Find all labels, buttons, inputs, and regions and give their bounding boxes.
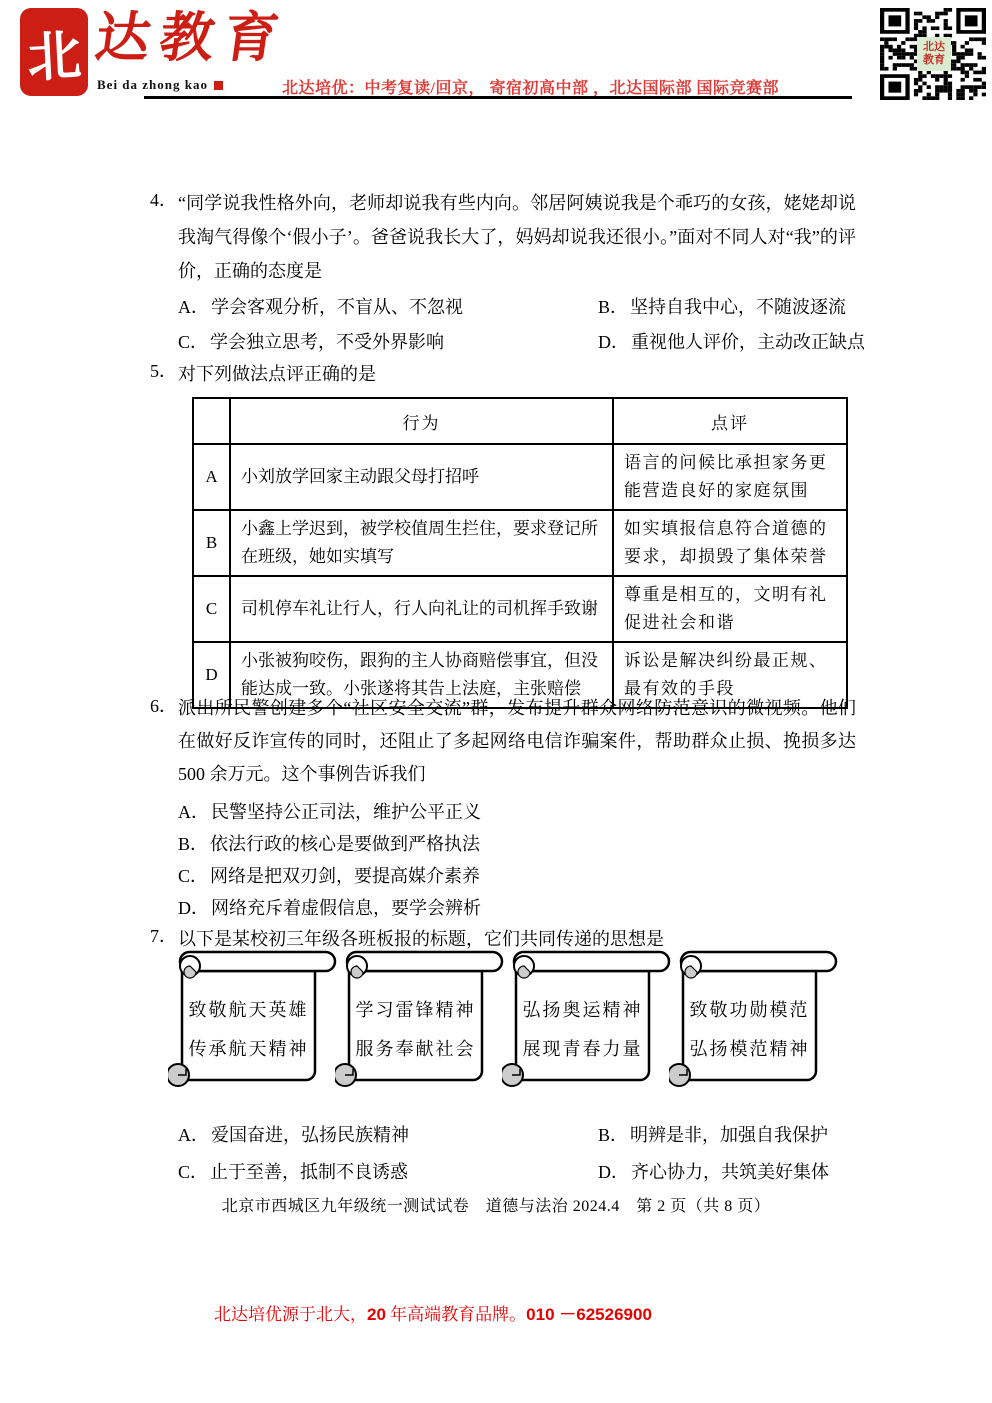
option-b: B．坚持自我中心，不随波逐流 <box>598 295 865 319</box>
question-7: 7． 以下是某校初三年级各班板报的标题，它们共同传递的思想是 致敬航天英雄 传承… <box>150 922 856 1212</box>
logo-seal-char: 北 <box>25 12 83 92</box>
scroll-banner-3: 弘扬奥运精神 展现青春力量 <box>502 948 672 1098</box>
option-label: B． <box>598 1125 628 1145</box>
option-text: 明辨是非，加强自我保护 <box>630 1125 828 1145</box>
option-c: C．学会独立思考，不受外界影响 <box>178 330 598 354</box>
question-6-number: 6． <box>150 692 177 718</box>
option-text: 网络充斥着虚假信息，要学会辨析 <box>211 898 481 918</box>
logo-seal-icon: 北 <box>22 10 86 94</box>
comment-cell: 如实填报信息符合道德的要求，却损毁了集体荣誉 <box>613 510 847 576</box>
row-letter: C <box>193 576 230 642</box>
option-a: A．学会客观分析，不盲从、不忽视 <box>178 295 598 319</box>
option-label: D． <box>598 1162 629 1182</box>
exam-page: 北 达教育 Bei da zhong kao 北达培优：中考复读/回京， 寄宿初… <box>0 0 992 1403</box>
question-4-options: A．学会客观分析，不盲从、不忽视 B．坚持自我中心，不随波逐流 C．学会独立思考… <box>178 295 856 354</box>
banner-line-1: 致敬航天英雄 <box>189 996 309 1022</box>
banner-text: 学习雷锋精神 服务奉献社会 <box>349 972 482 1084</box>
option-label: C． <box>178 1162 208 1182</box>
option-label: B． <box>598 297 628 317</box>
logo-script-text: 达教育 <box>91 2 293 74</box>
option-d: D．网络充斥着虚假信息，要学会辨析 <box>178 892 856 924</box>
board-banners: 致敬航天英雄 传承航天精神 学习雷锋精神 服务奉献社会 <box>164 948 856 1100</box>
option-label: A． <box>178 1125 209 1145</box>
option-b: B．明辨是非，加强自我保护 <box>598 1123 856 1147</box>
behavior-cell: 司机停车礼让行人，行人向礼让的司机挥手致谢 <box>230 576 613 642</box>
option-text: 坚持自我中心，不随波逐流 <box>630 297 846 317</box>
comment-cell: 语言的问候比承担家务更能营造良好的家庭氛围 <box>613 444 847 510</box>
scroll-banner-1: 致敬航天英雄 传承航天精神 <box>168 948 338 1098</box>
banner-text: 致敬功勋模范 弘扬模范精神 <box>683 972 816 1084</box>
option-label: A． <box>178 802 209 822</box>
option-b: B．依法行政的核心是要做到严格执法 <box>178 828 856 860</box>
table-header-row: 行为 点评 <box>193 398 847 444</box>
table-header-comment: 点评 <box>613 398 847 444</box>
option-text: 依法行政的核心是要做到严格执法 <box>210 834 480 854</box>
option-c: C．网络是把双刃剑，要提高媒介素养 <box>178 860 856 892</box>
scroll-banner-2: 学习雷锋精神 服务奉献社会 <box>335 948 505 1098</box>
promo-phone: 010 －62526900 <box>526 1305 652 1324</box>
table-row-a: A 小刘放学回家主动跟父母打招呼 语言的问候比承担家务更能营造良好的家庭氛围 <box>193 444 847 510</box>
option-label: C． <box>178 332 208 352</box>
option-text: 爱国奋进，弘扬民族精神 <box>211 1125 409 1145</box>
option-text: 止于至善，抵制不良诱惑 <box>210 1162 408 1182</box>
option-text: 网络是把双刃剑，要提高媒介素养 <box>210 866 480 886</box>
option-d: D．齐心协力，共筑美好集体 <box>598 1160 856 1184</box>
option-text: 民警坚持公正司法，维护公平正义 <box>211 802 481 822</box>
banner-line-1: 致敬功勋模范 <box>690 996 810 1022</box>
question-4-stem: “同学说我性格外向，老师却说我有些内向。邻居阿姨说我是个乖巧的女孩，姥姥却说我淘… <box>178 186 856 288</box>
option-label: D． <box>178 898 209 918</box>
option-a: A．民警坚持公正司法，维护公平正义 <box>178 796 856 828</box>
banner-line-1: 弘扬奥运精神 <box>523 996 643 1022</box>
option-c: C．止于至善，抵制不良诱惑 <box>178 1160 598 1184</box>
question-6: 6． 派出所民警创建多个“社区安全交流”群，发布提升群众网络防范意识的微视频。他… <box>150 692 856 924</box>
red-square-icon <box>214 81 223 90</box>
row-letter: B <box>193 510 230 576</box>
qr-label-line2: 教育 <box>923 54 945 67</box>
qr-center-label: 北达 教育 <box>917 37 951 71</box>
logo-pinyin: Bei da zhong kao <box>97 77 208 93</box>
table-header-behavior: 行为 <box>230 398 613 444</box>
option-label: A． <box>178 297 209 317</box>
scroll-banner-4: 致敬功勋模范 弘扬模范精神 <box>669 948 839 1098</box>
promo-prefix: 北达培优源于北大， <box>214 1305 367 1324</box>
question-6-stem: 派出所民警创建多个“社区安全交流”群，发布提升群众网络防范意识的微视频。他们在做… <box>178 692 856 791</box>
qr-label-line1: 北达 <box>923 41 945 54</box>
question-4-number: 4． <box>150 186 177 212</box>
banner-line-1: 学习雷锋精神 <box>356 996 476 1022</box>
question-5: 5． 对下列做法点评正确的是 行为 点评 A 小刘放学回家主动跟父母打招呼 语言… <box>150 357 856 709</box>
logo-pinyin-row: Bei da zhong kao <box>97 77 223 93</box>
question-4: 4． “同学说我性格外向，老师却说我有些内向。邻居阿姨说我是个乖巧的女孩，姥姥却… <box>150 186 856 354</box>
option-text: 学会客观分析，不盲从、不忽视 <box>211 297 463 317</box>
question-7-number: 7． <box>150 922 177 948</box>
promo-years: 20 <box>367 1305 386 1324</box>
banner-text: 致敬航天英雄 传承航天精神 <box>182 972 315 1084</box>
table-row-c: C 司机停车礼让行人，行人向礼让的司机挥手致谢 尊重是相互的，文明有礼促进社会和… <box>193 576 847 642</box>
question-5-stem: 对下列做法点评正确的是 <box>178 357 856 391</box>
option-text: 齐心协力，共筑美好集体 <box>631 1162 829 1182</box>
header-rule <box>144 96 852 99</box>
option-text: 学会独立思考，不受外界影响 <box>210 332 444 352</box>
row-letter: A <box>193 444 230 510</box>
option-d: D．重视他人评价，主动改正缺点 <box>598 330 865 354</box>
option-label: B． <box>178 834 208 854</box>
qr-code: 北达 教育 <box>880 8 986 100</box>
banner-line-2: 弘扬模范精神 <box>690 1035 810 1061</box>
table-header-empty <box>193 398 230 444</box>
banner-line-2: 展现青春力量 <box>523 1035 643 1061</box>
option-text: 重视他人评价，主动改正缺点 <box>631 332 865 352</box>
page-footer: 北京市西城区九年级统一测试试卷 道德与法治 2024.4 第 2 页（共 8 页… <box>0 1193 992 1216</box>
points-table: 行为 点评 A 小刘放学回家主动跟父母打招呼 语言的问候比承担家务更能营造良好的… <box>192 397 848 709</box>
comment-cell: 尊重是相互的，文明有礼促进社会和谐 <box>613 576 847 642</box>
question-5-number: 5． <box>150 357 177 383</box>
promo-mid: 年高端教育品牌。 <box>386 1305 526 1324</box>
option-a: A．爱国奋进，弘扬民族精神 <box>178 1123 598 1147</box>
banner-line-2: 服务奉献社会 <box>356 1035 476 1061</box>
behavior-cell: 小刘放学回家主动跟父母打招呼 <box>230 444 613 510</box>
question-7-options: A．爱国奋进，弘扬民族精神 B．明辨是非，加强自我保护 C．止于至善，抵制不良诱… <box>178 1123 856 1184</box>
banner-text: 弘扬奥运精神 展现青春力量 <box>516 972 649 1084</box>
promo-footer: 北达培优源于北大，20 年高端教育品牌。010 －62526900 <box>214 1300 652 1325</box>
option-label: C． <box>178 866 208 886</box>
table-row-b: B 小鑫上学迟到，被学校值周生拦住，要求登记所在班级，她如实填写 如实填报信息符… <box>193 510 847 576</box>
option-label: D． <box>598 332 629 352</box>
banner-line-2: 传承航天精神 <box>189 1035 309 1061</box>
header-tagline: 北达培优：中考复读/回京， 寄宿初高中部 ，北达国际部 国际竞赛部 <box>282 75 779 98</box>
behavior-cell: 小鑫上学迟到，被学校值周生拦住，要求登记所在班级，她如实填写 <box>230 510 613 576</box>
question-6-options: A．民警坚持公正司法，维护公平正义 B．依法行政的核心是要做到严格执法 C．网络… <box>178 796 856 924</box>
